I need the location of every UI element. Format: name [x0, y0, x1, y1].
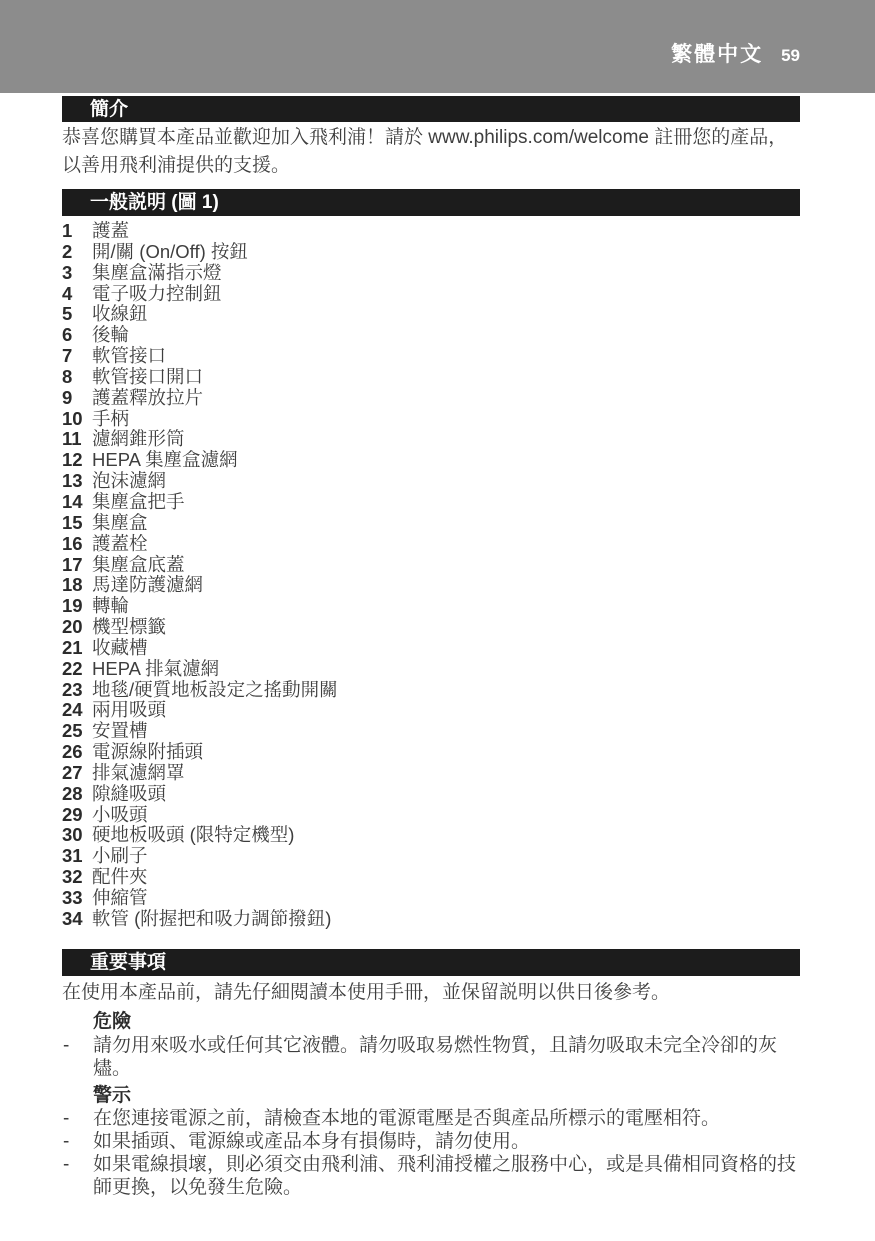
part-number: 26: [62, 742, 92, 763]
parts-list-item: 14 集塵盒把手: [62, 492, 800, 513]
manual-page: 繁體中文 59 簡介 恭喜您購買本產品並歡迎加入飛利浦！請於 www.phili…: [0, 0, 875, 1241]
parts-list-item: 2 開/關 (On/Off) 按鈕: [62, 242, 800, 263]
part-number: 20: [62, 617, 92, 638]
part-number: 23: [62, 680, 92, 701]
warning-list-item: 如果插頭、電源線或產品本身有損傷時，請勿使用。: [62, 1130, 800, 1153]
part-number: 28: [62, 784, 92, 805]
part-number: 19: [62, 596, 92, 617]
danger-list-item: 請勿用來吸水或任何其它液體。請勿吸取易燃性物質，且請勿吸取未完全冷卻的灰燼。: [62, 1034, 800, 1080]
part-number: 24: [62, 700, 92, 721]
part-label: 小刷子: [92, 846, 148, 867]
part-label: 手柄: [92, 409, 129, 430]
part-label: 護蓋栓: [92, 534, 148, 555]
part-label: 濾網錐形筒: [92, 429, 185, 450]
parts-list-item: 25 安置槽: [62, 721, 800, 742]
part-label: 後輪: [92, 325, 129, 346]
part-number: 14: [62, 492, 92, 513]
part-label: 軟管 (附握把和吸力調節撥鈕): [92, 909, 331, 930]
parts-list-item: 19 轉輪: [62, 596, 800, 617]
part-number: 5: [62, 304, 92, 325]
parts-list-item: 4 電子吸力控制鈕: [62, 284, 800, 305]
parts-list-item: 27 排氣濾網罩: [62, 763, 800, 784]
part-number: 3: [62, 263, 92, 284]
section-title-general-description: 一般説明 (圖 1): [90, 192, 219, 213]
part-number: 25: [62, 721, 92, 742]
part-number: 33: [62, 888, 92, 909]
parts-list-item: 33 伸縮管: [62, 888, 800, 909]
parts-list-item: 26 電源線附插頭: [62, 742, 800, 763]
danger-heading: 危險: [93, 1011, 131, 1033]
part-number: 30: [62, 825, 92, 846]
parts-list-item: 12 HEPA 集塵盒濾網: [62, 450, 800, 471]
part-number: 22: [62, 659, 92, 680]
parts-list-item: 9 護蓋釋放拉片: [62, 388, 800, 409]
part-label: 配件夾: [92, 867, 148, 888]
part-number: 17: [62, 555, 92, 576]
part-number: 1: [62, 221, 92, 242]
warning-list-item: 在您連接電源之前，請檢查本地的電源電壓是否與產品所標示的電壓相符。: [62, 1107, 800, 1130]
part-label: 開/關 (On/Off) 按鈕: [92, 242, 248, 263]
parts-list-item: 1 護蓋: [62, 221, 800, 242]
part-number: 21: [62, 638, 92, 659]
part-number: 13: [62, 471, 92, 492]
part-label: 隙縫吸頭: [92, 784, 166, 805]
part-number: 15: [62, 513, 92, 534]
danger-list: 請勿用來吸水或任何其它液體。請勿吸取易燃性物質，且請勿吸取未完全冷卻的灰燼。: [62, 1034, 800, 1080]
part-label: 集塵盒滿指示燈: [92, 263, 222, 284]
part-number: 32: [62, 867, 92, 888]
parts-list-item: 22 HEPA 排氣濾網: [62, 659, 800, 680]
part-number: 9: [62, 388, 92, 409]
part-label: 兩用吸頭: [92, 700, 166, 721]
part-number: 10: [62, 409, 92, 430]
section-title-intro: 簡介: [90, 99, 128, 120]
part-number: 6: [62, 325, 92, 346]
part-number: 8: [62, 367, 92, 388]
part-label: 泡沫濾網: [92, 471, 166, 492]
language-label: 繁體中文: [671, 38, 763, 68]
part-label: 收藏槽: [92, 638, 148, 659]
part-label: 集塵盒: [92, 513, 148, 534]
section-bar-intro: 簡介: [62, 96, 800, 122]
section-title-important: 重要事項: [90, 952, 166, 973]
parts-list-item: 21 收藏槽: [62, 638, 800, 659]
part-label: 轉輪: [92, 596, 129, 617]
part-number: 11: [62, 429, 92, 450]
part-label: 護蓋釋放拉片: [92, 388, 203, 409]
parts-list-item: 23 地毯/硬質地板設定之搖動開關: [62, 680, 800, 701]
warning-heading: 警示: [93, 1085, 131, 1107]
part-number: 18: [62, 575, 92, 596]
part-label: 軟管接口開口: [92, 367, 203, 388]
page-number: 59: [781, 46, 800, 66]
parts-list-item: 7 軟管接口: [62, 346, 800, 367]
part-label: 集塵盒把手: [92, 492, 185, 513]
part-label: 安置槽: [92, 721, 148, 742]
part-number: 7: [62, 346, 92, 367]
warning-list: 在您連接電源之前，請檢查本地的電源電壓是否與產品所標示的電壓相符。如果插頭、電源…: [62, 1107, 800, 1199]
part-number: 27: [62, 763, 92, 784]
parts-list-item: 20 機型標籤: [62, 617, 800, 638]
parts-list-item: 31 小刷子: [62, 846, 800, 867]
page-header-right: 繁體中文 59: [671, 38, 800, 68]
part-number: 12: [62, 450, 92, 471]
part-label: 馬達防護濾網: [92, 575, 203, 596]
parts-list-item: 6 後輪: [62, 325, 800, 346]
part-label: 電源線附插頭: [92, 742, 203, 763]
parts-list-item: 28 隙縫吸頭: [62, 784, 800, 805]
parts-list-item: 30 硬地板吸頭 (限特定機型): [62, 825, 800, 846]
parts-list-item: 15 集塵盒: [62, 513, 800, 534]
parts-list-item: 13 泡沫濾網: [62, 471, 800, 492]
part-number: 34: [62, 909, 92, 930]
parts-list-item: 10 手柄: [62, 409, 800, 430]
part-label: 收線鈕: [92, 304, 148, 325]
warning-list-item: 如果電線損壞，則必須交由飛利浦、飛利浦授權之服務中心，或是具備相同資格的技師更換…: [62, 1153, 800, 1199]
part-label: HEPA 集塵盒濾網: [92, 450, 238, 471]
part-number: 16: [62, 534, 92, 555]
part-label: 小吸頭: [92, 805, 148, 826]
part-label: 機型標籤: [92, 617, 166, 638]
parts-list-item: 32 配件夾: [62, 867, 800, 888]
parts-list-item: 11 濾網錐形筒: [62, 429, 800, 450]
parts-list-item: 5 收線鈕: [62, 304, 800, 325]
part-label: 軟管接口: [92, 346, 166, 367]
section-bar-important: 重要事項: [62, 949, 800, 976]
parts-list-item: 8 軟管接口開口: [62, 367, 800, 388]
part-number: 31: [62, 846, 92, 867]
section-bar-general-description: 一般説明 (圖 1): [62, 189, 800, 216]
part-number: 29: [62, 805, 92, 826]
parts-list-item: 29 小吸頭: [62, 805, 800, 826]
page-header-band: 繁體中文 59: [0, 0, 875, 93]
part-label: 集塵盒底蓋: [92, 555, 185, 576]
parts-list: 1 護蓋 2 開/關 (On/Off) 按鈕 3 集塵盒滿指示燈 4 電子吸力控…: [62, 221, 800, 930]
parts-list-item: 3 集塵盒滿指示燈: [62, 263, 800, 284]
important-paragraph: 在使用本產品前，請先仔細閱讀本使用手冊，並保留説明以供日後參考。: [62, 981, 800, 1004]
part-label: 電子吸力控制鈕: [92, 284, 222, 305]
part-number: 2: [62, 242, 92, 263]
part-label: HEPA 排氣濾網: [92, 659, 219, 680]
parts-list-item: 34 軟管 (附握把和吸力調節撥鈕): [62, 909, 800, 930]
intro-paragraph: 恭喜您購買本產品並歡迎加入飛利浦！請於 www.philips.com/welc…: [62, 124, 800, 179]
part-label: 硬地板吸頭 (限特定機型): [92, 825, 294, 846]
part-label: 排氣濾網罩: [92, 763, 185, 784]
part-label: 伸縮管: [92, 888, 148, 909]
parts-list-item: 17 集塵盒底蓋: [62, 555, 800, 576]
parts-list-item: 18 馬達防護濾網: [62, 575, 800, 596]
parts-list-item: 24 兩用吸頭: [62, 700, 800, 721]
parts-list-item: 16 護蓋栓: [62, 534, 800, 555]
part-number: 4: [62, 284, 92, 305]
part-label: 護蓋: [92, 221, 129, 242]
part-label: 地毯/硬質地板設定之搖動開關: [92, 680, 338, 701]
